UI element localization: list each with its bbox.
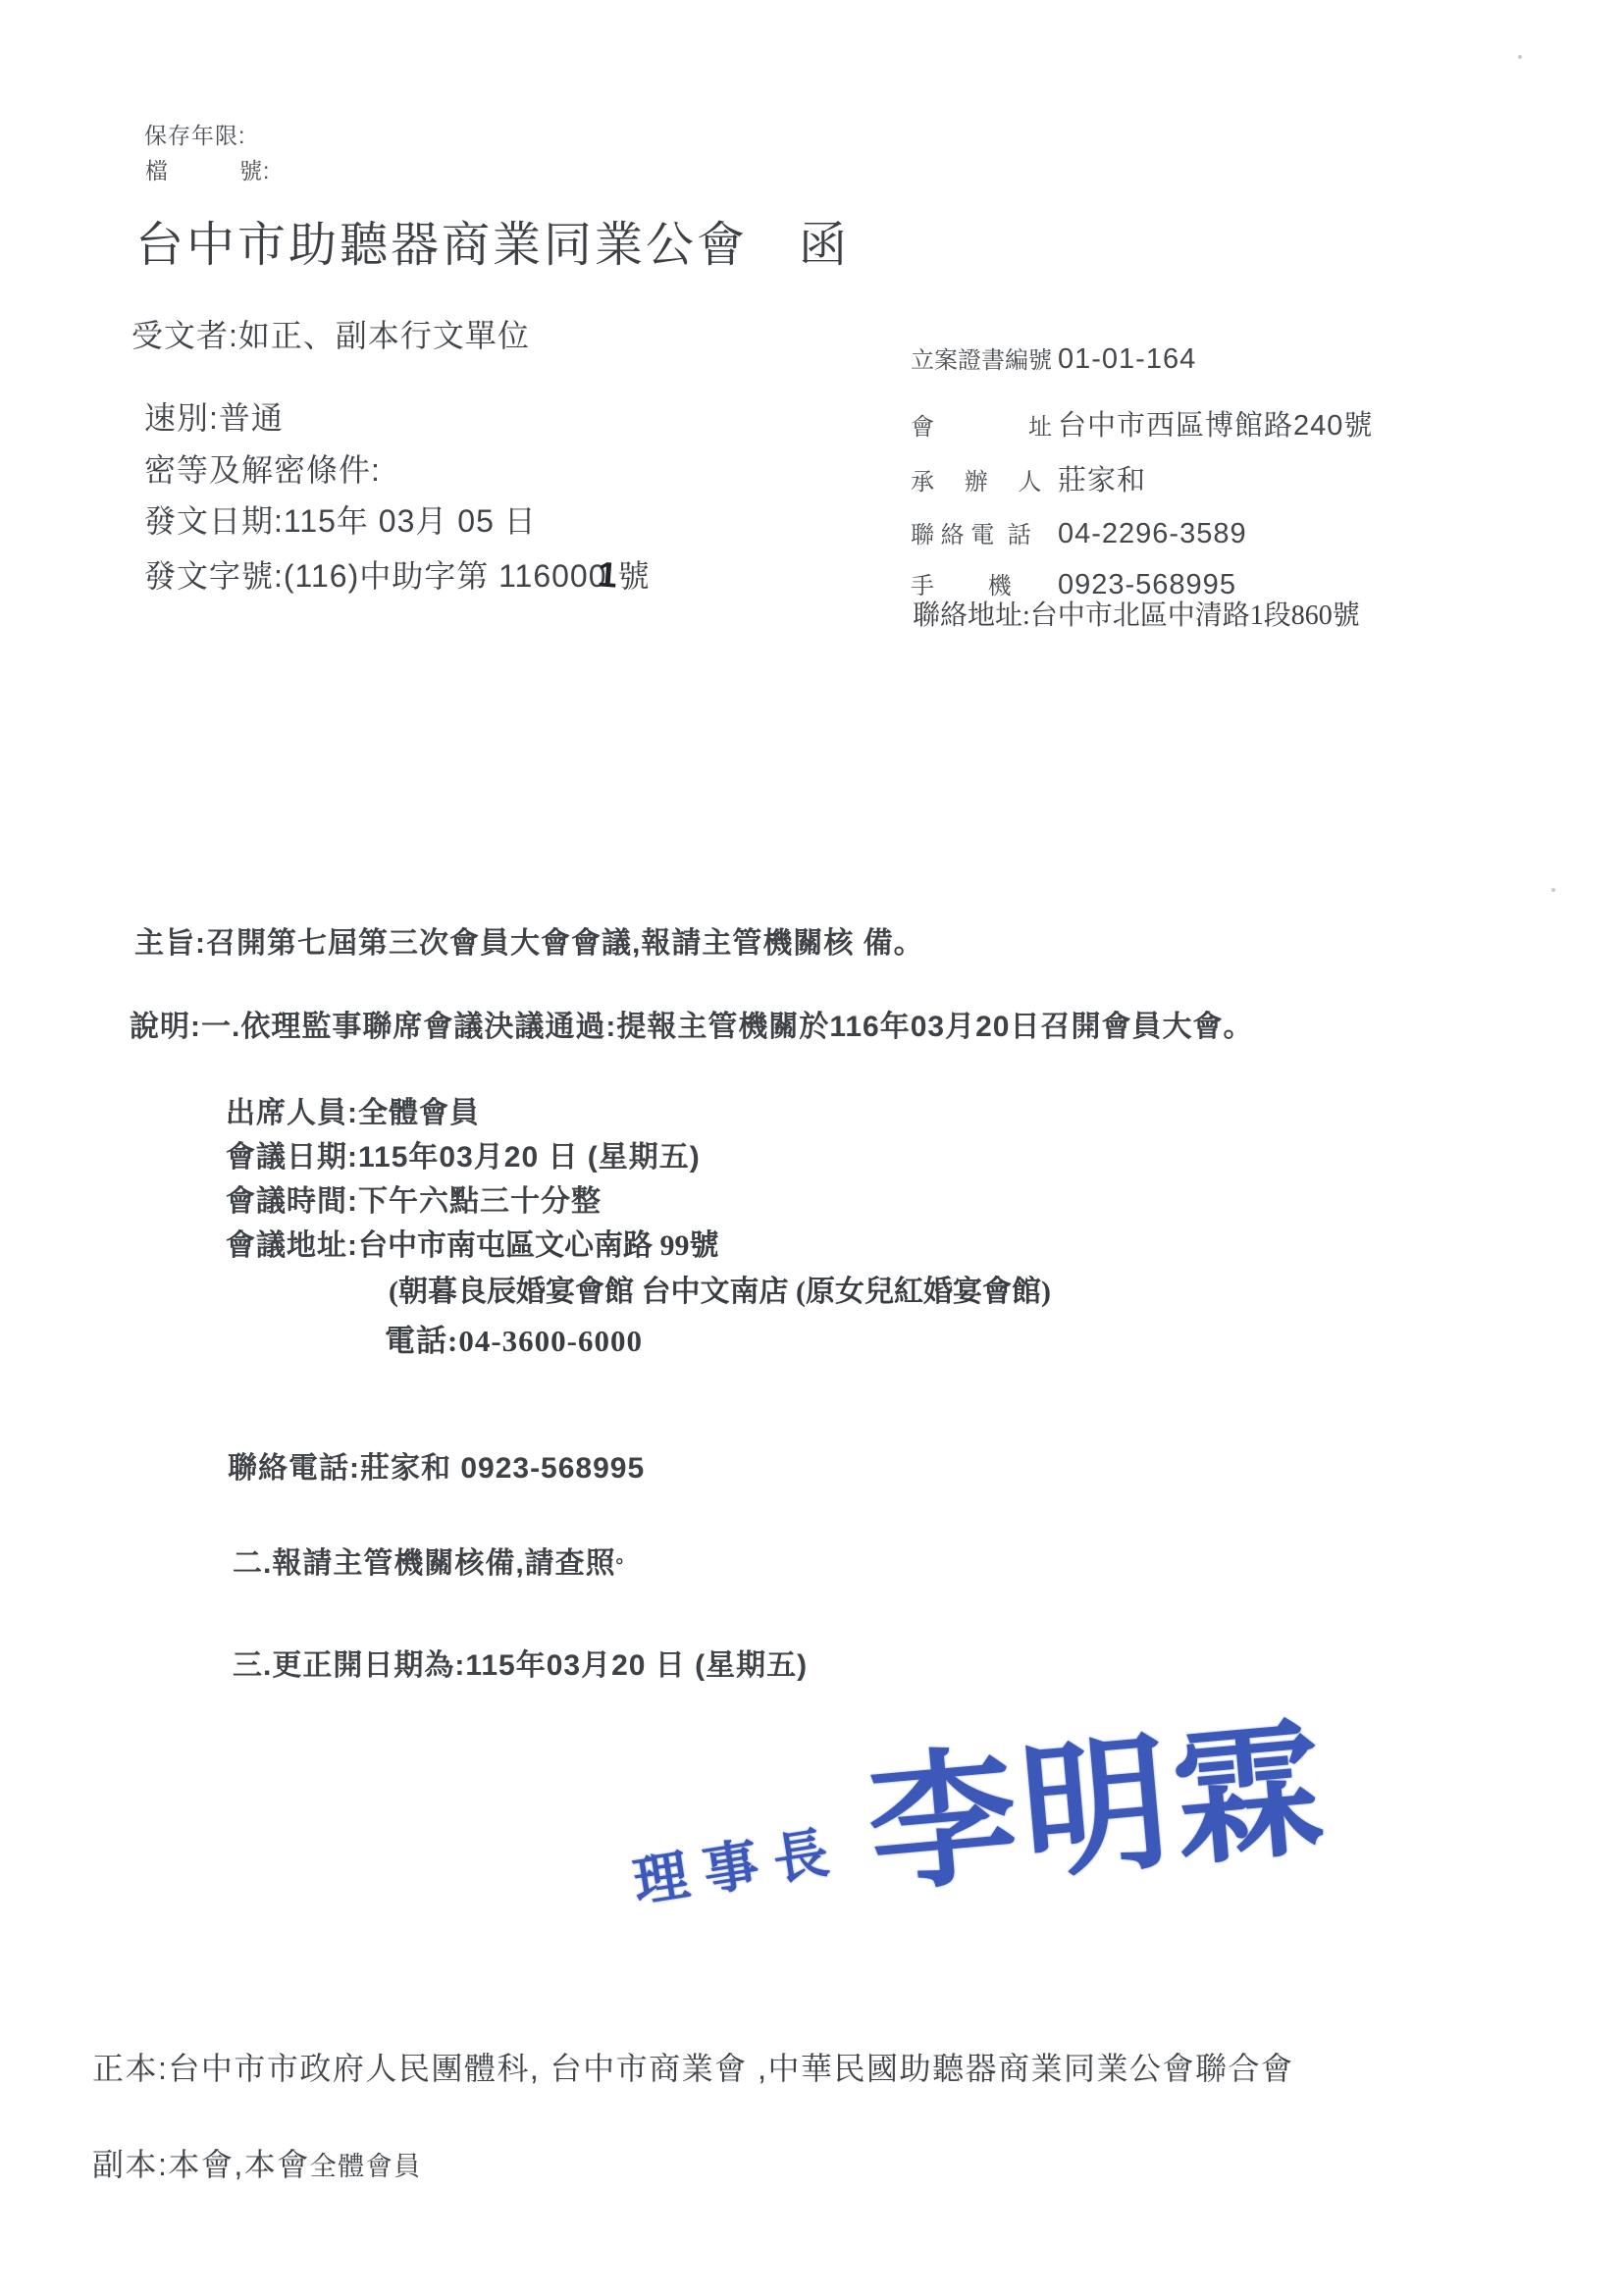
duplicate-copy-line: 副本:本會,本會全體會員 [92, 2145, 422, 2184]
license-number-label: 立案證書編號 [911, 346, 1058, 376]
org-address-label: 會 址 [911, 413, 1058, 443]
license-number-value: 01-01-164 [1058, 343, 1196, 375]
original-copy-line: 正本:台中市市政府人民團體科, 台中市商業會 ,中華民國助聽器商業同業公會聯合會 [92, 2049, 1293, 2088]
meeting-date-line: 會議日期:115年03月20 日 (星期五) [226, 1139, 701, 1176]
handler-label: 承 辦 人 [911, 468, 1058, 497]
scanned-letter-page: 保存年限: 檔 號: 台中市助聽器商業同業公會 函 受文者:如正、副本行文單位 … [0, 0, 1623, 2296]
org-row-license: 立案證書編號01-01-164 [911, 341, 1196, 377]
chairman-title: 理事長 [629, 1817, 849, 1918]
contact-phone-value: 04-2296-3589 [1058, 518, 1247, 549]
explanation-line: 說明:一.依理監事聯席會議決議通過:提報主管機關於116年03月20日召開會員大… [130, 1009, 1253, 1046]
venue-note-line: (朝暮良辰婚宴會館 台中文南店 (原女兒紅婚宴會館) [389, 1274, 1051, 1311]
chairman-name: 李明霖 [862, 1698, 1335, 1922]
meeting-address-line: 會議地址:台中市南屯區文心南路 99號 [226, 1227, 719, 1265]
venue-phone-line: 電話:04-3600-6000 [385, 1323, 643, 1361]
subject-line: 主旨:召開第七屆第三次會員大會會議,報請主管機關核 備。 [134, 925, 924, 963]
recipient-line: 受文者:如正、副本行文單位 [131, 316, 530, 355]
org-address-value: 台中市西區博館路240號 [1058, 410, 1373, 442]
org-row-phone: 聯 絡 電 話04-2296-3589 [911, 516, 1247, 551]
attendees-line: 出席人員:全體會員 [226, 1095, 480, 1132]
org-row-mobile: 手 機0923-568995 [911, 567, 1236, 602]
handler-value: 莊家和 [1058, 465, 1146, 496]
ref-number-line: 發文字號:(116)中助字第 1160001號 [144, 552, 651, 597]
security-line: 密等及解密條件: [144, 450, 381, 490]
item-two-period: 。 [616, 1545, 637, 1567]
speed-line: 速別:普通 [144, 398, 284, 438]
item-three-line: 三.更正開日期為:115年03月20 日 (星期五) [233, 1647, 808, 1685]
retention-period-label: 保存年限: [144, 122, 245, 150]
chairman-signature-stamp: 理事長 李明霖 [621, 1698, 1335, 1943]
item-two-text: 二.報請主管機關核備,請查照 [233, 1547, 616, 1580]
mobile-label: 手 機 [911, 572, 1058, 601]
contact-address-line: 聯絡地址:台中市北區中清路1段860號 [913, 599, 1360, 633]
scan-speck [1551, 888, 1555, 892]
scan-speck [1518, 55, 1522, 59]
org-row-address: 會 址台中市西區博館路240號 [911, 408, 1373, 444]
ref-number-prefix: 發文字號:(116)中助字第 116000 [144, 558, 607, 594]
contact-phone-label: 聯 絡 電 話 [911, 521, 1058, 550]
duplicate-copy-members: 全體會員 [310, 2152, 422, 2181]
org-row-handler: 承 辦 人莊家和 [911, 463, 1146, 498]
meeting-address-value: 台中市南屯區文心南路 99號 [358, 1229, 719, 1262]
item-two-line: 二.報請主管機關核備,請查照。 [233, 1544, 637, 1583]
ref-number-suffix: 號 [618, 558, 651, 594]
contact-person-line: 聯絡電話:莊家和 0923-568995 [228, 1450, 645, 1487]
meeting-address-label: 會議地址: [226, 1229, 358, 1262]
meeting-time-line: 會議時間:下午六點三十分整 [226, 1183, 602, 1221]
file-number-label: 檔 號: [145, 157, 270, 185]
duplicate-copy-main: 副本:本會,本會 [92, 2147, 310, 2182]
mobile-value: 0923-568995 [1058, 569, 1236, 600]
document-title: 台中市助聽器商業同業公會 函 [135, 216, 850, 276]
issue-date-line: 發文日期:115年 03月 05 日 [144, 501, 537, 541]
ref-number-handwritten-digit: 1 [596, 551, 619, 597]
